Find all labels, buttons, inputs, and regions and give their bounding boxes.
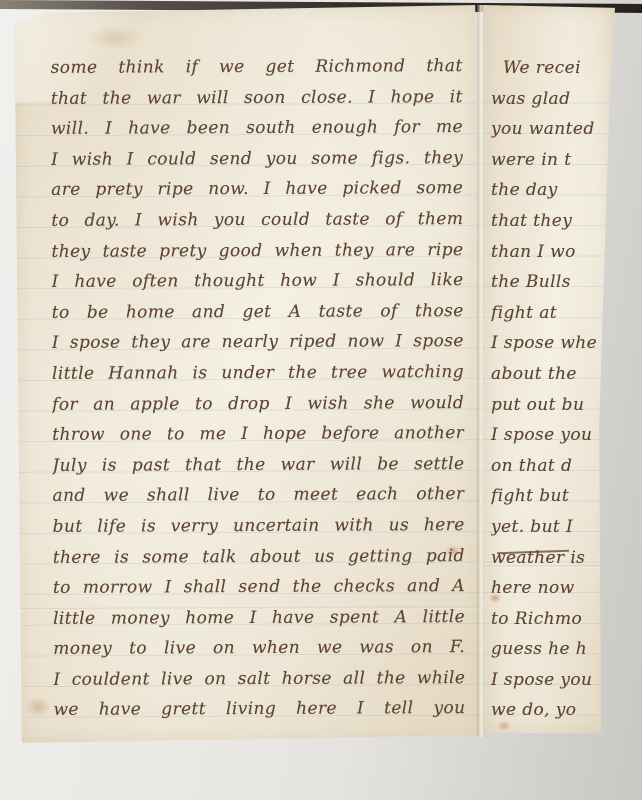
handwritten-line: I spose they are nearly riped now I spos… [52, 326, 464, 358]
handwritten-line: put out bu [491, 390, 615, 421]
handwritten-line: I have often thought how I should like [52, 265, 464, 297]
letter-page-right: We receiwas gladyou wantedwere in tthe d… [483, 5, 615, 733]
handwritten-line: was glad [491, 84, 615, 115]
handwritten-line: fight but [491, 481, 615, 512]
handwriting-right-page: We receiwas gladyou wantedwere in tthe d… [491, 53, 615, 726]
handwritten-line: that the war will soon close. I hope it [51, 82, 463, 114]
handwritten-line: little Hannah is under the tree watching [52, 357, 464, 389]
handwritten-line: little money home I have spent A little [53, 602, 465, 634]
handwritten-line: to morrow I shall send the checks and A [53, 571, 465, 603]
handwritten-line: the day [491, 175, 615, 206]
handwritten-line: than I wo [491, 237, 615, 268]
handwritten-line: I wish I could send you some figs. they [51, 143, 463, 175]
handwritten-line: and we shall live to meet each other aga… [52, 479, 464, 511]
handwritten-line: July is past that the war will be settle [52, 449, 464, 481]
handwritten-line: will. I have been south enough for me [51, 112, 463, 144]
handwritten-line: here now [491, 573, 615, 604]
handwritten-line: I spose you [491, 665, 615, 696]
handwritten-line: we do, yo [491, 695, 615, 726]
handwriting-left-page: some think if we get Richmond thatthat t… [51, 51, 466, 726]
letter-page-left: some think if we get Richmond thatthat t… [14, 5, 481, 743]
handwritten-line: I spose whe [491, 328, 615, 359]
handwritten-line: guess he h [491, 634, 615, 665]
handwritten-line: weather is [491, 543, 615, 574]
handwritten-line: yet. but I [491, 512, 615, 543]
handwritten-line: to be home and get A taste of those appl… [52, 296, 464, 328]
handwritten-line: that they [491, 206, 615, 237]
paper-stain [84, 24, 144, 50]
handwritten-line: the Bulls [491, 267, 615, 298]
handwritten-line: were in t [491, 145, 615, 176]
handwritten-line: for an apple to drop I wish she would [52, 388, 464, 420]
handwritten-line: you wanted [491, 114, 615, 145]
handwritten-line: we have grett living here I tell you [53, 694, 465, 726]
handwritten-line: We recei [491, 53, 615, 84]
handwritten-line: on that d [491, 451, 615, 482]
handwritten-line: fight at [491, 298, 615, 329]
handwritten-line: throw one to me I hope before another [52, 418, 464, 450]
handwritten-line: some think if we get Richmond that [51, 51, 463, 83]
handwritten-line: about the [491, 359, 615, 390]
handwritten-line: to day. I wish you could taste of them [51, 204, 463, 236]
handwritten-line: to Richmo [491, 604, 615, 635]
handwritten-line: there is some talk about us getting paid… [53, 541, 465, 573]
handwritten-line: are prety ripe now. I have picked some [51, 173, 463, 205]
handwritten-line: but life is verry uncertain with us here [53, 510, 465, 542]
handwritten-line: money to live on when we was on F. islan… [53, 632, 465, 664]
handwritten-line: I spose you [491, 420, 615, 451]
handwritten-line: I couldent live on salt horse all the wh… [53, 663, 465, 695]
handwritten-line: they taste prety good when they are ripe [51, 235, 463, 267]
paper-stain [25, 697, 51, 717]
letter-scan: some think if we get Richmond thatthat t… [0, 0, 642, 800]
